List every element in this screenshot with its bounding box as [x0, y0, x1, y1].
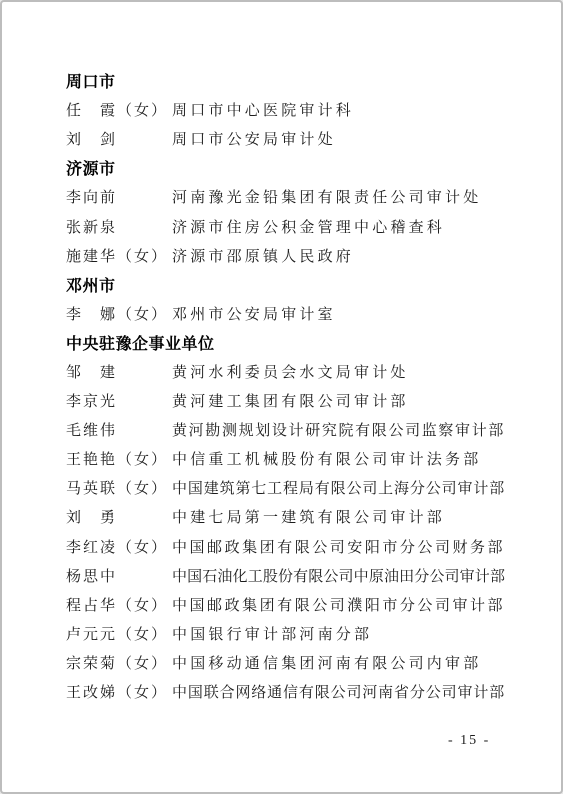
person-organization: 中国银行审计部河南分部 [172, 623, 372, 644]
roster-entry-row: 施建华（女） 济源市邵原镇人民政府 [66, 241, 531, 270]
person-name: 施建华（女） [66, 245, 172, 266]
person-name: 刘 勇 [66, 506, 172, 527]
section-title: 邓州市 [66, 273, 116, 296]
roster-entry-row: 杨思中 中国石油化工股份有限公司中原油田分公司审计部 [66, 561, 531, 590]
roster-entry-row: 刘 勇 中建七局第一建筑有限公司审计部 [66, 502, 531, 531]
roster-entry-row: 李红凌（女） 中国邮政集团有限公司安阳市分公司财务部 [66, 532, 531, 561]
person-name: 王改娣（女） [66, 681, 172, 702]
section-title: 中央驻豫企事业单位 [66, 331, 215, 354]
person-name: 李红凌（女） [66, 536, 172, 557]
section-header-row: 周口市 [66, 66, 531, 95]
person-organization: 济源市住房公积金管理中心稽查科 [172, 216, 445, 237]
person-organization: 中国移动通信集团河南有限公司内审部 [172, 652, 481, 673]
section-header-row: 中央驻豫企事业单位 [66, 328, 531, 357]
person-organization: 黄河勘测规划设计研究院有限公司监察审计部 [172, 419, 505, 440]
person-name: 程占华（女） [66, 594, 172, 615]
person-name: 李向前 [66, 186, 172, 207]
roster-list: 周口市 任 霞（女） 周口市中心医院审计科 刘 剑 周口市公安局审计处 济源市 … [66, 66, 531, 706]
roster-entry-row: 任 霞（女） 周口市中心医院审计科 [66, 95, 531, 124]
person-name: 李京光 [66, 390, 172, 411]
roster-entry-row: 张新泉 济源市住房公积金管理中心稽查科 [66, 211, 531, 240]
roster-entry-row: 邹 建 黄河水利委员会水文局审计处 [66, 357, 531, 386]
roster-entry-row: 李京光 黄河建工集团有限公司审计部 [66, 386, 531, 415]
roster-entry-row: 宗荣菊（女） 中国移动通信集团河南有限公司内审部 [66, 648, 531, 677]
person-name: 邹 建 [66, 361, 172, 382]
roster-entry-row: 毛维伟 黄河勘测规划设计研究院有限公司监察审计部 [66, 415, 531, 444]
person-name: 宗荣菊（女） [66, 652, 172, 673]
person-name: 张新泉 [66, 216, 172, 237]
roster-entry-row: 马英联（女） 中国建筑第七工程局有限公司上海分公司审计部 [66, 473, 531, 502]
person-organization: 黄河建工集团有限公司审计部 [172, 390, 409, 411]
roster-entry-row: 卢元元（女） 中国银行审计部河南分部 [66, 619, 531, 648]
person-organization: 中国联合网络通信有限公司河南省分公司审计部 [172, 681, 505, 702]
person-name: 毛维伟 [66, 419, 172, 440]
person-name: 杨思中 [66, 565, 172, 586]
person-organization: 周口市中心医院审计科 [172, 99, 354, 120]
person-name: 任 霞（女） [66, 99, 172, 120]
person-name: 王艳艳（女） [66, 448, 172, 469]
document-page: 周口市 任 霞（女） 周口市中心医院审计科 刘 剑 周口市公安局审计处 济源市 … [0, 0, 563, 794]
person-name: 卢元元（女） [66, 623, 172, 644]
section-title: 周口市 [66, 69, 116, 92]
roster-entry-row: 刘 剑 周口市公安局审计处 [66, 124, 531, 153]
section-title: 济源市 [66, 156, 116, 179]
person-organization: 周口市公安局审计处 [172, 128, 336, 149]
roster-entry-row: 李向前 河南豫光金铅集团有限责任公司审计处 [66, 182, 531, 211]
person-organization: 济源市邵原镇人民政府 [172, 245, 354, 266]
page-number: - 15 - [448, 733, 490, 749]
section-header-row: 济源市 [66, 153, 531, 182]
roster-entry-row: 王艳艳（女） 中信重工机械股份有限公司审计法务部 [66, 444, 531, 473]
roster-entry-row: 程占华（女） 中国邮政集团有限公司濮阳市分公司审计部 [66, 590, 531, 619]
roster-entry-row: 王改娣（女） 中国联合网络通信有限公司河南省分公司审计部 [66, 677, 531, 706]
person-organization: 中国石油化工股份有限公司中原油田分公司审计部 [172, 565, 505, 586]
person-organization: 中建七局第一建筑有限公司审计部 [172, 506, 445, 527]
person-organization: 河南豫光金铅集团有限责任公司审计处 [172, 186, 481, 207]
section-header-row: 邓州市 [66, 270, 531, 299]
person-organization: 中国建筑第七工程局有限公司上海分公司审计部 [172, 477, 505, 498]
person-organization: 黄河水利委员会水文局审计处 [172, 361, 409, 382]
person-name: 马英联（女） [66, 477, 172, 498]
person-organization: 中国邮政集团有限公司安阳市分公司财务部 [172, 536, 505, 557]
person-organization: 邓州市公安局审计室 [172, 303, 336, 324]
person-organization: 中信重工机械股份有限公司审计法务部 [172, 448, 481, 469]
person-name: 李 娜（女） [66, 303, 172, 324]
roster-entry-row: 李 娜（女） 邓州市公安局审计室 [66, 299, 531, 328]
person-organization: 中国邮政集团有限公司濮阳市分公司审计部 [172, 594, 505, 615]
person-name: 刘 剑 [66, 128, 172, 149]
